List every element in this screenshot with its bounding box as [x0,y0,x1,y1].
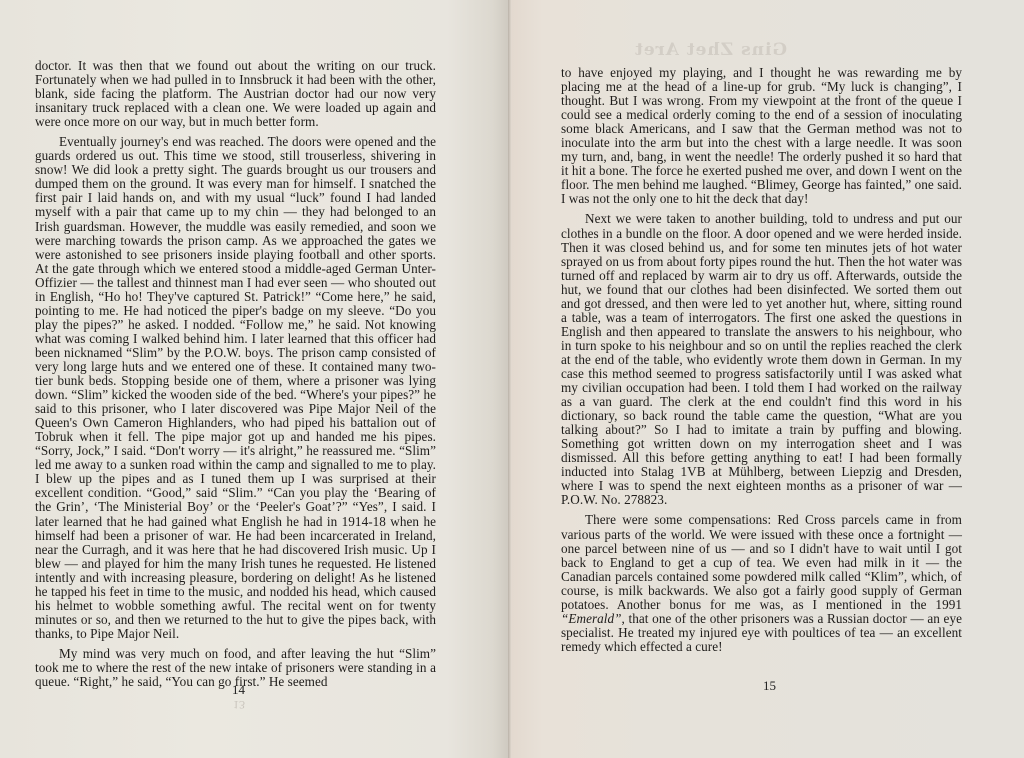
right-page: Gins Zhet Aret to have enjoyed my playin… [512,0,1024,758]
left-page: doctor. It was then that we found out ab… [0,0,508,758]
publication-title: “Emerald” [561,611,622,626]
showthrough-page-number: 13 [233,697,245,712]
paragraph: Next we were taken to another building, … [561,212,962,507]
paragraph: doctor. It was then that we found out ab… [35,59,436,129]
paragraph-text: There were some compensations: Red Cross… [561,512,962,611]
paragraph-text: , that one of the other prisoners was a … [561,611,962,654]
book-spread: doctor. It was then that we found out ab… [0,0,1024,758]
page-number: 15 [763,678,776,694]
showthrough-heading: Gins Zhet Aret [634,40,787,60]
page-number: 14 [232,682,245,698]
paragraph: There were some compensations: Red Cross… [561,513,962,653]
paragraph: Eventually journey's end was reached. Th… [35,135,436,641]
left-page-body: doctor. It was then that we found out ab… [35,59,436,695]
right-page-body: to have enjoyed my playing, and I though… [561,66,962,660]
paragraph: to have enjoyed my playing, and I though… [561,66,962,206]
